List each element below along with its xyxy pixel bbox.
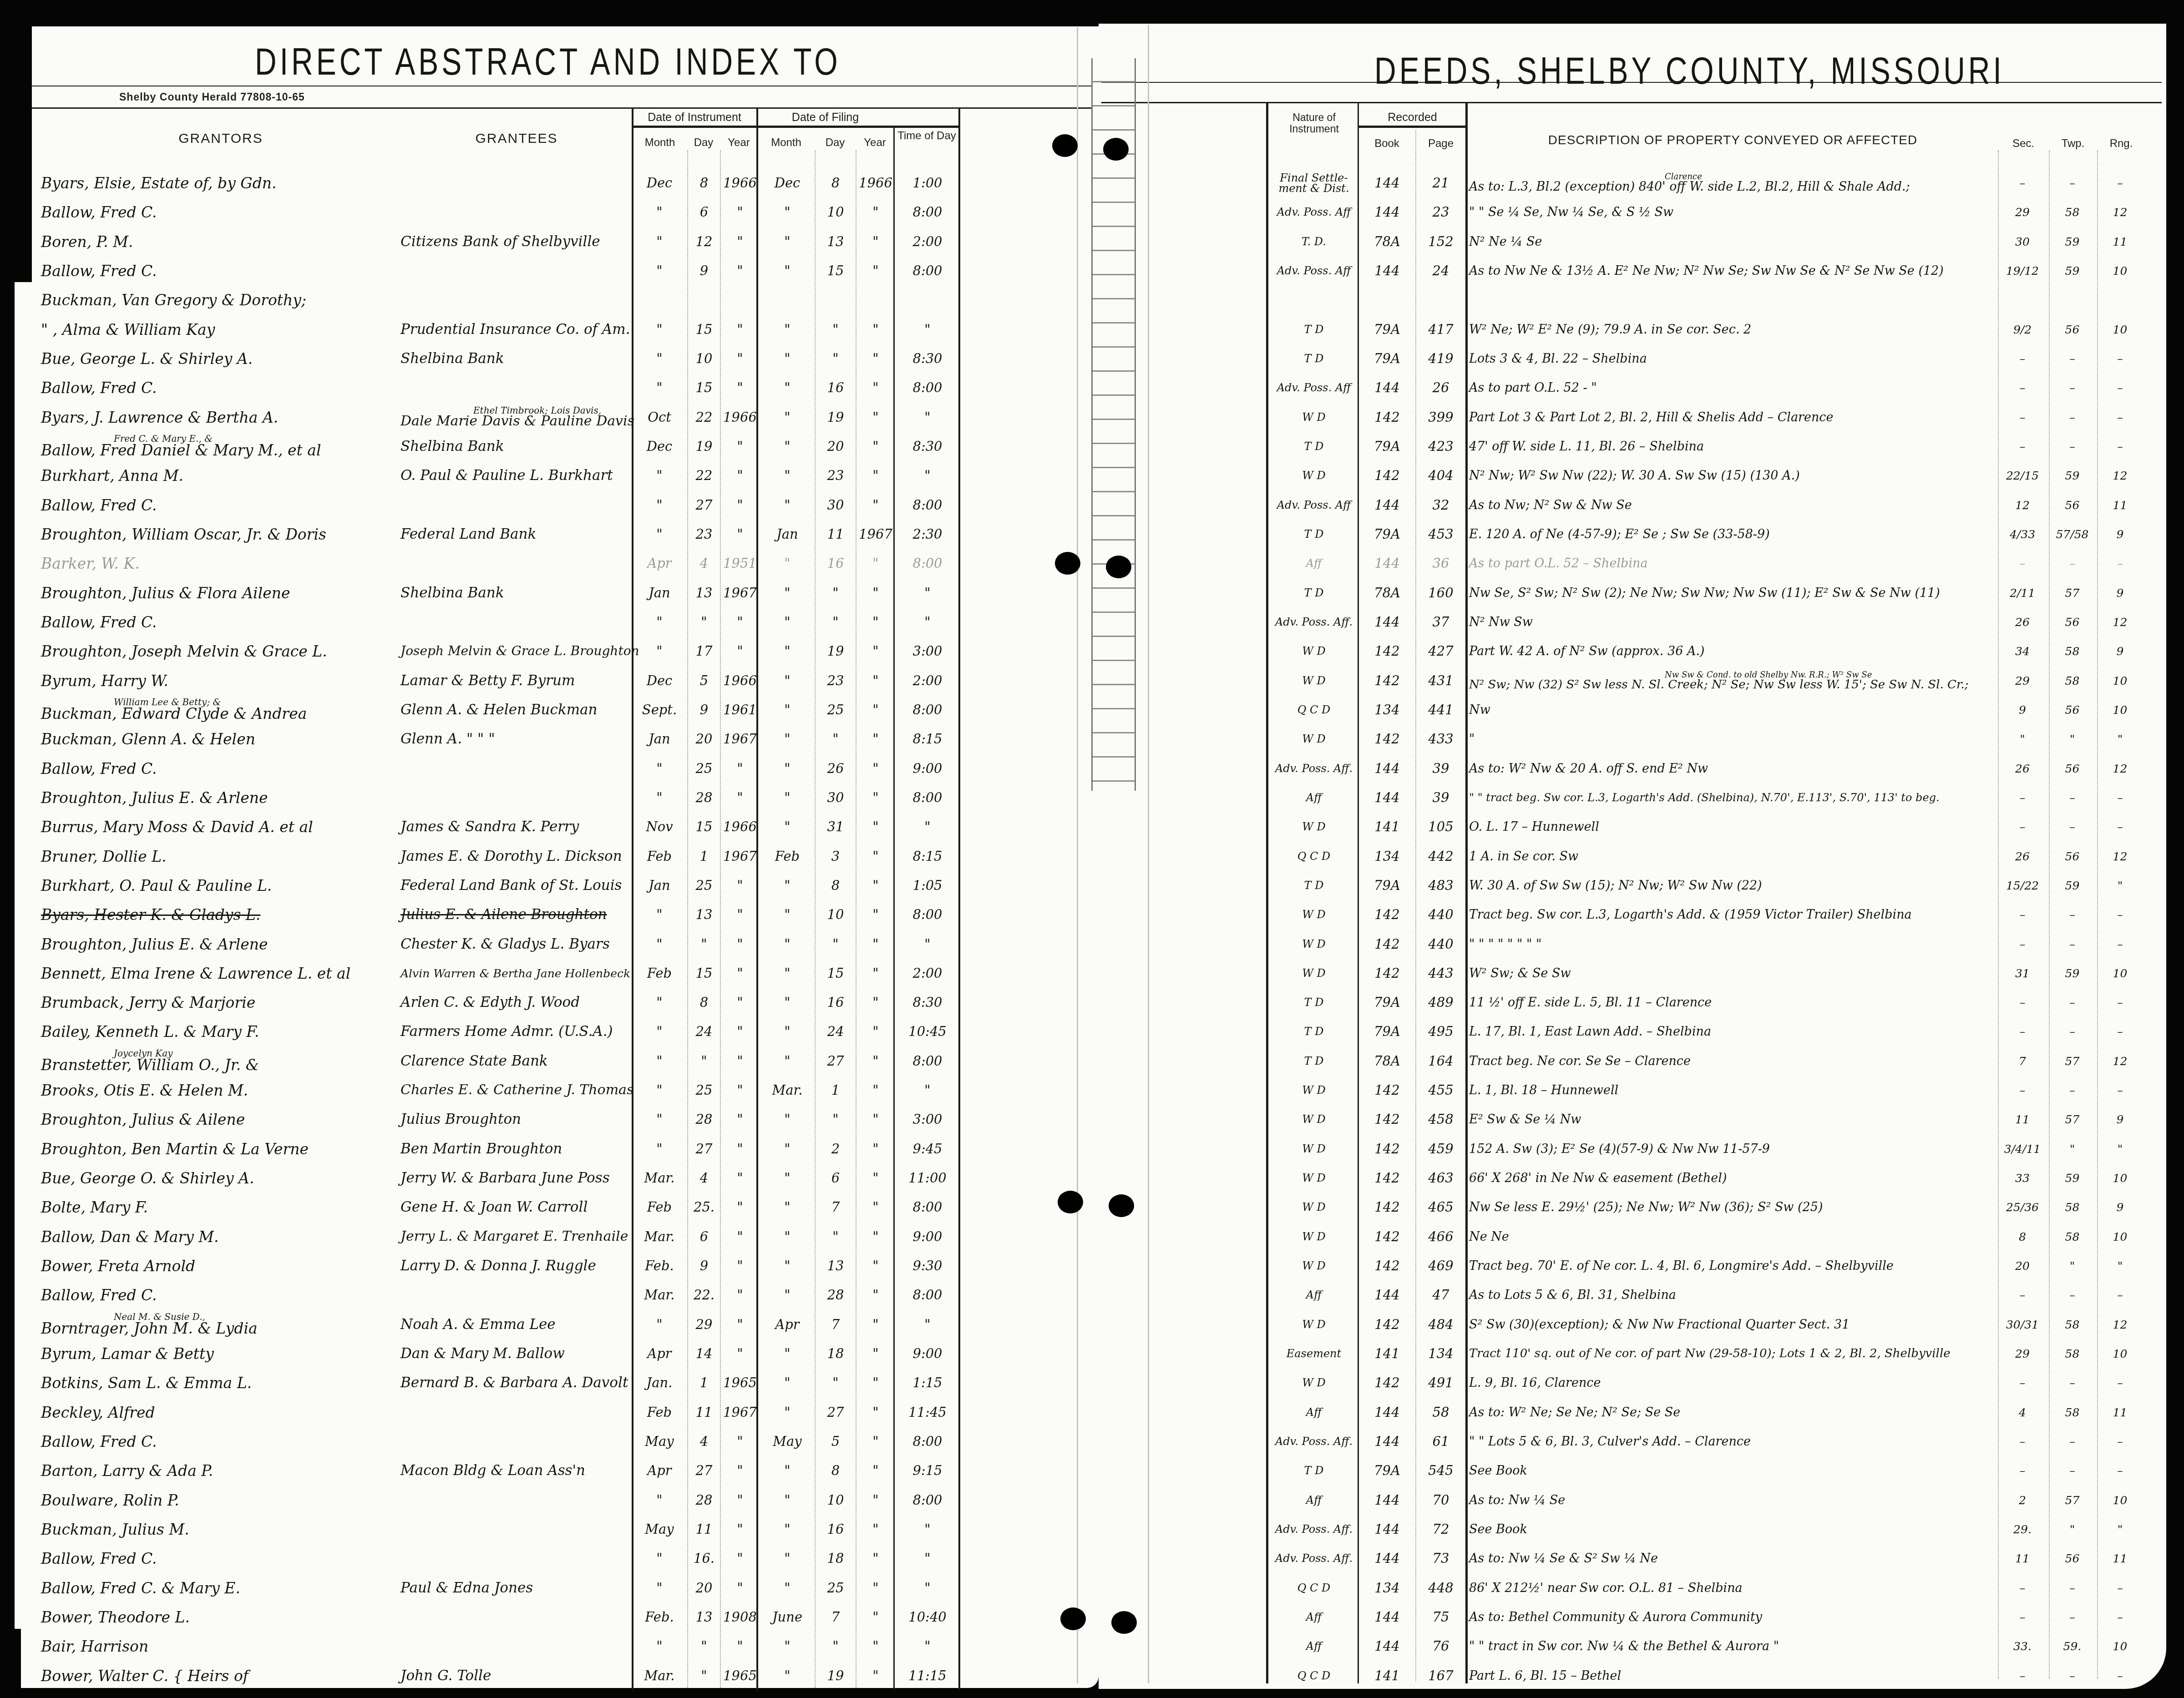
inst-month-cell: Feb [633, 842, 686, 871]
inst-day-cell: " [688, 930, 720, 959]
description-cell: 11 ½' off E. side L. 5, Bl. 11 – Clarenc… [1469, 988, 1992, 1017]
index-row: W D142443W² Sw; & Se Sw315910 [1270, 959, 2146, 988]
grantee-cell [400, 373, 628, 403]
rng-cell: 12 [2097, 1310, 2143, 1339]
description-cell: As to: Nw ¼ Se [1469, 1486, 1992, 1515]
filed-year-cell: " [856, 783, 895, 813]
book-cell: 142 [1360, 900, 1414, 930]
book-cell: 144 [1360, 1632, 1414, 1661]
index-row: W D142465Nw Se less E. 29½' (25); Ne Nw;… [1270, 1193, 2146, 1222]
time-cell: 8:00 [896, 1427, 959, 1456]
inst-month-cell: " [633, 783, 686, 813]
inst-day-cell: 27 [688, 1456, 720, 1486]
inst-year-cell: 1961 [721, 695, 759, 725]
index-row: Q C D13444886' X 212½' near Sw cor. O.L.… [1270, 1573, 2146, 1603]
grantee-cell: Julius E. & Ailene Broughton [400, 900, 628, 930]
inst-month-cell: Jan. [633, 1368, 686, 1398]
inst-day-cell: 10 [688, 344, 720, 374]
description-cell: L. 9, Bl. 16, Clarence [1469, 1368, 1992, 1398]
inst-year-cell: " [721, 1017, 759, 1046]
filed-month-header: Month [758, 136, 815, 149]
inst-month-cell: " [633, 373, 686, 403]
page-cell: 453 [1416, 520, 1465, 549]
inst-day-cell: 13 [688, 578, 720, 608]
grantee-cell: O. Paul & Pauline L. Burkhart [400, 461, 628, 490]
inst-month-cell: Mar. [633, 1222, 686, 1252]
index-row: Aff14436As to part O.L. 52 – Shelbina––– [1270, 549, 2146, 578]
grantee-cell [400, 607, 628, 637]
time-cell: " [896, 1515, 959, 1544]
filed-month-cell: " [760, 256, 815, 286]
index-row: Q C D134441Nw95610 [1270, 695, 2146, 725]
page-cell: 465 [1416, 1193, 1465, 1222]
nature-cell: Adv. Poss. Aff [1271, 197, 1357, 227]
filed-month-cell: " [760, 1017, 815, 1046]
time-cell: 8:00 [896, 695, 959, 725]
twp-cell: 58 [2049, 666, 2096, 696]
filed-year-cell: " [856, 1573, 895, 1603]
book-cell: 79A [1360, 871, 1414, 900]
time-cell: 8:00 [896, 549, 959, 578]
page-cell: 419 [1416, 344, 1465, 374]
description-cell: ClarenceAs to: L.3, Bl.2 (exception) 840… [1469, 168, 1992, 198]
inst-day-cell: 15 [688, 315, 720, 344]
book-cell: 142 [1360, 1222, 1414, 1252]
description-cell: As to Lots 5 & 6, Bl. 31, Shelbina [1469, 1280, 1992, 1310]
index-row: Ballow, Fred C."27""30"8:00 [34, 490, 963, 520]
filed-month-cell: " [760, 403, 815, 432]
filed-year-cell: " [856, 607, 895, 637]
sec-cell: – [1998, 1427, 2047, 1456]
index-row: Ballow, Fred C.""""""" [34, 607, 963, 637]
filed-month-cell: " [760, 1573, 815, 1603]
filed-month-cell: " [760, 315, 815, 344]
page-cell: 36 [1416, 549, 1465, 578]
filed-day-cell: 13 [816, 227, 856, 257]
grantor-cell: Broughton, Ben Martin & La Verne [41, 1134, 398, 1164]
book-cell: 144 [1360, 607, 1414, 637]
time-cell: 9:15 [896, 1456, 959, 1486]
hole-punch-icon [1058, 1191, 1083, 1213]
nature-cell: Aff [1271, 1398, 1357, 1427]
twp-cell: – [2049, 432, 2096, 461]
description-cell: E. 120 A. of Ne (4-57-9); E² Se ; Sw Se … [1469, 520, 1992, 549]
inst-month-cell: " [633, 988, 686, 1017]
book-cell: 142 [1360, 666, 1414, 696]
grantee-cell: Lamar & Betty F. Byrum [400, 666, 628, 696]
nature-cell: Easement [1271, 1339, 1357, 1369]
inst-month-cell: " [633, 315, 686, 344]
description-cell: Lots 3 & 4, Bl. 22 – Shelbina [1469, 344, 1992, 374]
index-row: Joycelyn KayBranstetter, William O., Jr.… [34, 1046, 963, 1076]
filed-year-cell: " [856, 754, 895, 783]
inst-month-cell: " [633, 1544, 686, 1573]
recorded-header: Recorded [1358, 111, 1466, 124]
index-row: Bolte, Mary F.Gene H. & Joan W. CarrollF… [34, 1193, 963, 1222]
twp-cell: – [2049, 1280, 2096, 1310]
grantee-cell: Arlen C. & Edyth J. Wood [400, 988, 628, 1017]
right-top-rule-2 [1101, 102, 2162, 103]
inst-day-cell: 4 [688, 1163, 720, 1193]
description-header: DESCRIPTION OF PROPERTY CONVEYED OR AFFE… [1468, 133, 1998, 147]
time-cell: " [896, 403, 959, 432]
time-cell: 8:15 [896, 724, 959, 754]
filed-day-cell: " [816, 607, 856, 637]
grantees-header: GRANTEES [400, 131, 633, 147]
twp-cell: " [2049, 724, 2096, 754]
page-cell: 73 [1416, 1544, 1465, 1573]
filed-year-cell: " [856, 1632, 895, 1661]
rng-cell: " [2097, 724, 2143, 754]
filed-day-cell: " [816, 1222, 856, 1252]
rng-cell: – [2097, 373, 2143, 403]
filed-year-cell: " [856, 1427, 895, 1456]
filed-year-cell: " [856, 461, 895, 490]
book-cell: 144 [1360, 1398, 1414, 1427]
book-cell: 142 [1360, 959, 1414, 988]
page-cell: 545 [1416, 1456, 1465, 1486]
index-row: Adv. Poss. Aff.14473As to: Nw ¼ Se & S² … [1270, 1544, 2146, 1573]
inst-year-cell: " [721, 783, 759, 813]
rng-cell: 12 [2097, 842, 2143, 871]
grantor-cell: Bennett, Elma Irene & Lawrence L. et al [41, 959, 398, 988]
index-row: Fred C. & Mary E., &Ballow, Fred Daniel … [34, 432, 963, 461]
filed-day-cell: 19 [816, 403, 856, 432]
filed-year-cell: " [856, 1515, 895, 1544]
recorded-underline [1358, 126, 1466, 128]
index-row: Broughton, Julius & AileneJulius Brought… [34, 1105, 963, 1134]
twp-cell: – [2049, 1368, 2096, 1398]
twp-cell: – [2049, 1076, 2096, 1105]
page-cell: 24 [1416, 256, 1465, 286]
filed-year-cell: " [856, 1310, 895, 1339]
inst-day-cell: " [688, 1046, 720, 1076]
description-cell: See Book [1469, 1456, 1992, 1486]
inst-month-cell: Dec [633, 666, 686, 696]
book-cell: 144 [1360, 168, 1414, 198]
time-cell: 9:45 [896, 1134, 959, 1164]
inst-year-cell: " [721, 1222, 759, 1252]
sec-cell: 2 [1998, 1486, 2047, 1515]
grantor-cell: Byrum, Harry W. [41, 666, 398, 696]
filed-day-cell: 8 [816, 1456, 856, 1486]
filed-month-cell: " [760, 1486, 815, 1515]
filed-month-cell: " [760, 1661, 815, 1691]
index-row: Burrus, Mary Moss & David A. et alJames … [34, 812, 963, 842]
inst-year-cell: " [721, 256, 759, 286]
page-cell: 455 [1416, 1076, 1465, 1105]
index-row: Botkins, Sam L. & Emma L.Bernard B. & Ba… [34, 1368, 963, 1398]
grantee-cell [400, 256, 628, 286]
page-cell: 37 [1416, 607, 1465, 637]
description-cell: Tract beg. Ne cor. Se Se – Clarence [1469, 1046, 1992, 1076]
nature-cell: W D [1271, 1251, 1357, 1281]
index-row: T. D.78A152N² Ne ¼ Se305911 [1270, 227, 2146, 257]
inst-month-cell: " [633, 1046, 686, 1076]
index-row: Ballow, Fred C. & Mary E.Paul & Edna Jon… [34, 1573, 963, 1603]
index-row: Beckley, AlfredFeb111967"27"11:45 [34, 1398, 963, 1427]
book-cell: 142 [1360, 724, 1414, 754]
inst-month-cell: Feb [633, 1398, 686, 1427]
inst-month-cell: " [633, 256, 686, 286]
index-row: Brumback, Jerry & MarjorieArlen C. & Edy… [34, 988, 963, 1017]
book-cell: 79A [1360, 1017, 1414, 1046]
time-cell: 1:15 [896, 1368, 959, 1398]
inst-year-cell: " [721, 315, 759, 344]
twp-cell: 58 [2049, 1193, 2096, 1222]
rng-cell: 12 [2097, 1046, 2143, 1076]
inst-year-cell: " [721, 1134, 759, 1164]
grantor-cell: Broughton, Julius E. & Arlene [41, 930, 398, 959]
grantor-cell: Burrus, Mary Moss & David A. et al [41, 812, 398, 842]
index-row: Byars, Hester K. & Gladys L.Julius E. & … [34, 900, 963, 930]
description-cell: " " tract beg. Sw cor. L.3, Logarth's Ad… [1469, 783, 1992, 813]
page-cell: 463 [1416, 1163, 1465, 1193]
book-cell: 142 [1360, 1310, 1414, 1339]
time-cell: 8:00 [896, 1193, 959, 1222]
filed-year-cell: " [856, 1134, 895, 1164]
time-cell: 11:15 [896, 1661, 959, 1691]
index-row: Burkhart, O. Paul & Pauline L.Federal La… [34, 871, 963, 900]
filed-day-header: Day [815, 136, 856, 149]
grantee-cell: Farmers Home Admr. (U.S.A.) [400, 1017, 628, 1046]
index-row: Bower, Freta ArnoldLarry D. & Donna J. R… [34, 1251, 963, 1281]
inst-day-cell: " [688, 1632, 720, 1661]
filed-day-cell: 7 [816, 1602, 856, 1632]
index-row: W D142440Tract beg. Sw cor. L.3, Logarth… [1270, 900, 2146, 930]
sec-cell: – [1998, 1368, 2047, 1398]
spine-page-edge [1091, 58, 1136, 791]
grantor-cell: Bower, Theodore L. [41, 1602, 398, 1632]
index-row: T D78A160Nw Se, S² Sw; N² Sw (2); Ne Nw;… [1270, 578, 2146, 608]
inst-day-cell: 20 [688, 1573, 720, 1603]
twp-cell: 58 [2049, 1222, 2096, 1252]
filed-month-cell: " [760, 812, 815, 842]
filed-month-cell: Mar. [760, 1076, 815, 1105]
sec-cell: 25/36 [1998, 1193, 2047, 1222]
inst-day-cell: 20 [688, 724, 720, 754]
page-cell: 75 [1416, 1602, 1465, 1632]
inst-day-cell: 22. [688, 1280, 720, 1310]
filed-year-cell: " [856, 1486, 895, 1515]
sec-cell: 29. [1998, 1515, 2047, 1544]
index-row: T D79A545See Book––– [1270, 1456, 2146, 1486]
filed-year-cell: " [856, 812, 895, 842]
filed-year-cell: " [856, 1193, 895, 1222]
index-row: Broughton, Ben Martin & La VerneBen Mart… [34, 1134, 963, 1164]
twp-cell: 59 [2049, 871, 2096, 900]
grantor-cell: Barker, W. K. [41, 549, 398, 578]
filed-month-cell: " [760, 871, 815, 900]
grantor-cell: Ballow, Fred C. [41, 256, 398, 286]
rng-cell [2097, 285, 2143, 315]
index-row: Aff14458As to: W² Ne; Se Ne; N² Se; Se S… [1270, 1398, 2146, 1427]
filed-year-cell: " [856, 1368, 895, 1398]
inst-day-cell: 24 [688, 1017, 720, 1046]
time-cell: " [896, 812, 959, 842]
book-cell: 144 [1360, 783, 1414, 813]
rng-cell: – [2097, 1017, 2143, 1046]
nature-cell: W D [1271, 1222, 1357, 1252]
rng-cell: – [2097, 403, 2143, 432]
twp-cell: – [2049, 403, 2096, 432]
grantee-cell: Shelbina Bank [400, 432, 628, 461]
book-cell: 78A [1360, 227, 1414, 257]
nature-cell: W D [1271, 959, 1357, 988]
inst-year-cell: " [721, 1339, 759, 1369]
rng-cell: 11 [2097, 227, 2143, 257]
index-row: T D79A417W² Ne; W² E² Ne (9); 79.9 A. in… [1270, 315, 2146, 344]
rng-cell: – [2097, 344, 2143, 374]
time-cell: 2:00 [896, 959, 959, 988]
time-cell: 8:30 [896, 432, 959, 461]
index-row: Ballow, Fred C."25""26"9:00 [34, 754, 963, 783]
page-cell: 152 [1416, 227, 1465, 257]
index-row: Buckman, Van Gregory & Dorothy; [34, 285, 963, 315]
index-row: W D141105O. L. 17 – Hunnewell––– [1270, 812, 2146, 842]
inst-year-cell: " [721, 1046, 759, 1076]
twp-cell: – [2049, 549, 2096, 578]
nature-cell: T D [1271, 578, 1357, 608]
description-cell: Nw Sw & Cond. to old Shelby Nw. R.R.; W²… [1469, 666, 1992, 696]
index-row: W D142455L. 1, Bl. 18 – Hunnewell––– [1270, 1076, 2146, 1105]
inst-day-cell: 6 [688, 1222, 720, 1252]
inst-day-cell: 25. [688, 1193, 720, 1222]
index-row: W D142431Nw Sw & Cond. to old Shelby Nw.… [1270, 666, 2146, 696]
sec-cell: 19/12 [1998, 256, 2047, 286]
left-rows-region: Byars, Elsie, Estate of, by Gdn.Dec81966… [34, 168, 963, 1690]
description-cell: 47' off W. side L. 11, Bl. 26 – Shelbina [1469, 432, 1992, 461]
time-cell: 9:00 [896, 754, 959, 783]
filed-year-cell: " [856, 1163, 895, 1193]
filed-day-cell: 13 [816, 1251, 856, 1281]
twp-cell: " [2049, 1134, 2096, 1164]
time-cell: 2:30 [896, 520, 959, 549]
left-top-rule-1 [27, 86, 1092, 86]
inst-day-cell: 11 [688, 1515, 720, 1544]
inst-month-cell: Feb [633, 959, 686, 988]
sec-cell: " [1998, 724, 2047, 754]
twp-cell: 58 [2049, 1339, 2096, 1369]
inst-year-cell: 1965 [721, 1661, 759, 1691]
grantor-cell: Bruner, Dollie L. [41, 842, 398, 871]
time-cell: 8:00 [896, 900, 959, 930]
rng-cell: – [2097, 988, 2143, 1017]
twp-cell: – [2049, 783, 2096, 813]
filed-year-cell: " [856, 1456, 895, 1486]
filed-year-cell: 1966 [856, 168, 895, 198]
inst-month-cell: Apr [633, 1339, 686, 1369]
filed-day-cell: 10 [816, 900, 856, 930]
book-cell: 144 [1360, 1602, 1414, 1632]
inst-year-cell: " [721, 988, 759, 1017]
book-cell: 78A [1360, 1046, 1414, 1076]
inst-year-cell: " [721, 490, 759, 520]
inst-year-cell: 1966 [721, 168, 759, 198]
filed-day-cell [816, 285, 856, 315]
inst-year-cell: " [721, 520, 759, 549]
grantor-cell: Bower, Walter C. { Heirs of [41, 1661, 398, 1691]
grantor-cell: Burkhart, Anna M. [41, 461, 398, 490]
description-cell: S² Sw (30)(exception); & Nw Nw Fractiona… [1469, 1310, 1992, 1339]
filed-month-cell: " [760, 695, 815, 725]
grantee-cell: Paul & Edna Jones [400, 1573, 628, 1603]
sec-cell [1998, 285, 2047, 315]
inst-year-header: Year [720, 136, 758, 149]
index-row: Ballow, Dan & Mary M.Jerry L. & Margaret… [34, 1222, 963, 1252]
description-cell: " " " " " " " " [1469, 930, 1992, 959]
inst-day-cell: 8 [688, 168, 720, 198]
sec-cell: – [1998, 1661, 2047, 1691]
book-cell: 142 [1360, 1163, 1414, 1193]
index-row: William Lee & Betty; &Buckman, Edward Cl… [34, 695, 963, 725]
twp-cell: 57/58 [2049, 520, 2096, 549]
filed-month-cell: " [760, 1398, 815, 1427]
sec-cell: 34 [1998, 637, 2047, 666]
twp-cell: – [2049, 900, 2096, 930]
twp-cell: 57 [2049, 1486, 2096, 1515]
inst-year-cell: 1951 [721, 549, 759, 578]
hole-punch-icon [1060, 1607, 1086, 1630]
filed-year-cell [856, 285, 895, 315]
index-row: Adv. Poss. Aff.14472See Book29."" [1270, 1515, 2146, 1544]
twp-cell: 59 [2049, 1163, 2096, 1193]
sec-cell: 30 [1998, 227, 2047, 257]
inst-day-cell: 1 [688, 1368, 720, 1398]
filed-year-cell: " [856, 1046, 895, 1076]
description-cell: N² Ne ¼ Se [1469, 227, 1992, 257]
filed-day-cell: 15 [816, 256, 856, 286]
rng-cell: – [2097, 900, 2143, 930]
rng-cell: 10 [2097, 1632, 2143, 1661]
inst-day-cell: 28 [688, 783, 720, 813]
book-cell: 78A [1360, 578, 1414, 608]
filed-month-cell: " [760, 1515, 815, 1544]
filed-year-cell: " [856, 1661, 895, 1691]
rng-cell: – [2097, 432, 2143, 461]
grantor-cell: Beckley, Alfred [41, 1398, 398, 1427]
page-cell: 72 [1416, 1515, 1465, 1544]
description-cell: See Book [1469, 1515, 1992, 1544]
description-cell: Part Lot 3 & Part Lot 2, Bl. 2, Hill & S… [1469, 403, 1992, 432]
page-cell: 404 [1416, 461, 1465, 490]
sec-cell: 8 [1998, 1222, 2047, 1252]
book-cell: 79A [1360, 988, 1414, 1017]
filed-day-cell: 8 [816, 168, 856, 198]
filed-day-cell: 6 [816, 1163, 856, 1193]
description-cell: Part L. 6, Bl. 15 – Bethel [1469, 1661, 1992, 1691]
book-cell: 144 [1360, 256, 1414, 286]
grantee-cell [400, 1486, 628, 1515]
index-row: Final Settle- ment & Dist.14421ClarenceA… [1270, 168, 2146, 198]
filed-day-cell: 16 [816, 1515, 856, 1544]
filed-year-cell: " [856, 344, 895, 374]
filed-day-cell: 5 [816, 1427, 856, 1456]
rng-cell: 10 [2097, 1163, 2143, 1193]
inst-year-cell: " [721, 1163, 759, 1193]
inst-year-cell: " [721, 1544, 759, 1573]
filed-month-cell: " [760, 578, 815, 608]
nature-cell: Adv. Poss. Aff [1271, 256, 1357, 286]
twp-cell: – [2049, 812, 2096, 842]
nature-cell: Q C D [1271, 1573, 1357, 1603]
rng-cell: 11 [2097, 1398, 2143, 1427]
twp-cell: 58 [2049, 1310, 2096, 1339]
inst-year-cell: " [721, 871, 759, 900]
grantee-cell: Jerry W. & Barbara June Poss [400, 1163, 628, 1193]
twp-cell: " [2049, 1515, 2096, 1544]
filed-year-cell: " [856, 315, 895, 344]
